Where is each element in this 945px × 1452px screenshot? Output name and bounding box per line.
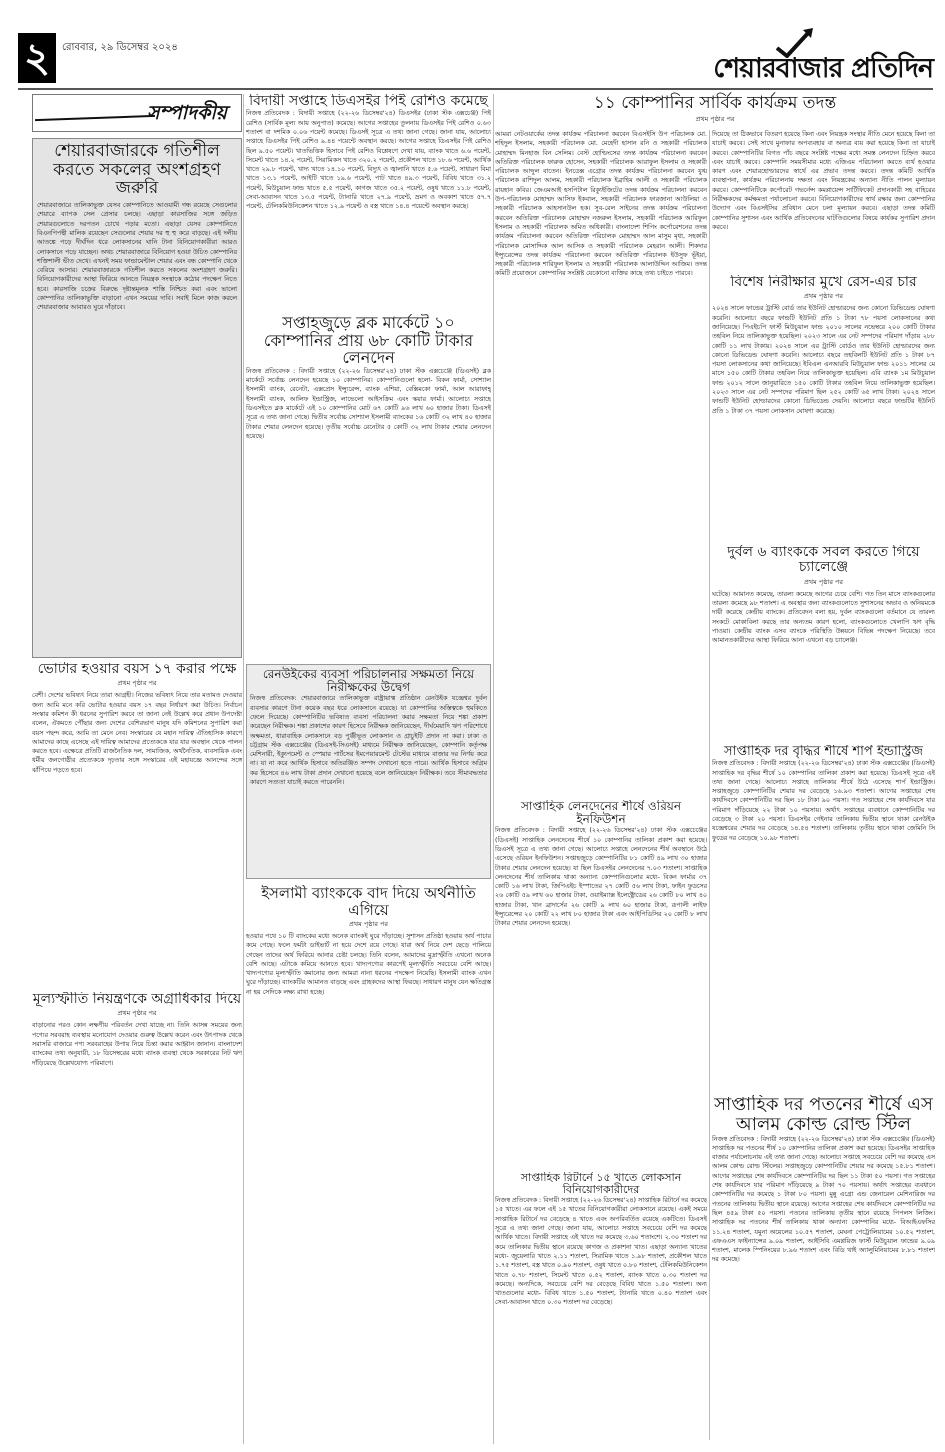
column-divider [243,94,244,1444]
column-center: বিদায়ী সপ্তাহে ডিএসইর পিই রেশিও কমেছে ন… [246,94,491,1425]
article-renwick: রেনউইকের ব্যবসা পরিচালনার সক্ষমতা নিয়ে … [246,664,491,879]
column-divider [493,94,494,1444]
article-headline: সাপ্তাহিক দর বৃদ্ধির শীর্ষে শার্প ইন্ডাস… [712,745,935,759]
masthead: ২ রোববার, ২৯ ডিসেম্বর ২০২৪ শেয়ারবাজার প… [0,0,945,92]
article-headline: মূল্যস্ফীতি নিয়ন্ত্রণকে অগ্রাধিকার দিয়… [32,992,242,1007]
column-left: সম্পাদকীয় শেয়ারবাজারকে গতিশীল করতে সকল… [32,94,242,1292]
article-headline: সপ্তাহজুড়ে ব্লক মার্কেটে ১০ কোম্পানির প… [246,314,491,367]
article-body: ঘটেছে। আমানত কমেছে, তারল্য কমেছে আগের চে… [712,590,935,646]
article-headline: সাপ্তাহিক রিটার্নে ১৫ খাতে লোকসান বিনিয়… [495,1172,707,1196]
right-column-stack: দিয়েছে তা ঠিকভাবে বিতরণ হয়েছে কিনা এবং… [712,130,935,1440]
article-kicker: প্রথম পৃষ্ঠার পর [495,114,935,125]
article-headline: রেনউইকের ব্যবসা পরিচালনার সক্ষমতা নিয়ে … [250,668,487,694]
article-kicker: প্রথম পৃষ্ঠার পর [32,678,242,689]
article-body: ২০২৪ সালে ফান্ডের ট্রাস্টি বোর্ড তার ইউন… [712,304,935,416]
article-body: নিজস্ব প্রতিবেদক : বিদায়ী সপ্তাহে (২২-২… [246,109,491,211]
article-body: নিজস্ব প্রতিবেদক : বিদায়ী সপ্তাহে (২২-২… [246,367,491,441]
article-weak-banks: দুর্বল ৬ ব্যাংককে সবল করতে গিয়ে চ্যালেঞ… [712,545,935,745]
editorial-label: সম্পাদকীয় [32,94,242,132]
article-kicker: প্রথম পৃষ্ঠার পর [712,577,935,588]
article-weekly-return: সাপ্তাহিক রিটার্নে ১৫ খাতে লোকসান বিনিয়… [495,1172,707,1447]
article-headline: বিশেষ নিরীক্ষার মুখে রেস-এর চার [712,275,935,290]
article-headline: ভোটার হওয়ার বয়স ১৭ করার পক্ষে [32,662,242,677]
article-body: নিজস্ব প্রতিবেদক : বিদায়ী সপ্তাহে (২২-২… [495,1196,707,1308]
editorial-box: শেয়ারবাজারকে গতিশীল করতে সকলের অংশগ্রহণ… [32,138,242,658]
article-headline: ইসলামী ব্যাংককে বাদ দিয়ে অর্থনীতি এগিয়… [246,885,491,918]
article-eleven-companies-right: দিয়েছে তা ঠিকভাবে বিতরণ হয়েছে কিনা এবং… [712,130,935,275]
article-kicker: প্রথম পৃষ্ঠার পর [246,919,491,930]
article-body: বেশী। দেশের ভবিষ্যৎ নিয়ে তারা আগ্রহী। ন… [32,691,242,775]
article-sharp-industries: সাপ্তাহিক দর বৃদ্ধির শীর্ষে শার্প ইন্ডাস… [712,745,935,1095]
editorial-swash [35,115,155,121]
brand-logo: শেয়ারবাজার প্রতিদিন [713,48,933,93]
editorial-body: শেয়ারবাজারে তালিকাভুক্ত যেসব কোম্পানিতে… [37,201,237,313]
article-s-alam: সাপ্তাহিক দর পতনের শীর্ষে এস আলম কোল্ড র… [712,1095,935,1440]
article-block-market: সপ্তাহজুড়ে ব্লক মার্কেটে ১০ কোম্পানির প… [246,314,491,664]
issue-date: রোববার, ২৯ ডিসেম্বর ২০২৪ [62,40,178,57]
article-body: নিজস্ব প্রতিবেদক : বিদায়ী সপ্তাহে (২২-২… [495,826,707,928]
column-right: ১১ কোম্পানির সার্বিক কার্যক্রম তদন্ত প্র… [495,94,935,127]
article-headline: দুর্বল ৬ ব্যাংককে সবল করতে গিয়ে চ্যালেঞ… [712,545,935,576]
article-race-four: বিশেষ নিরীক্ষার মুখে রেস-এর চার প্রথম পৃ… [712,275,935,545]
page-number: ২ [18,33,56,83]
article-body: নিজস্ব প্রতিবেদক : বিদায়ী সপ্তাহে (২২-২… [712,759,935,843]
article-headline: ১১ কোম্পানির সার্বিক কার্যক্রম তদন্ত [495,94,935,113]
article-headline: সাপ্তাহিক দর পতনের শীর্ষে এস আলম কোল্ড র… [712,1095,935,1135]
article-inflation: মূল্যস্ফীতি নিয়ন্ত্রণকে অগ্রাধিকার দিয়… [32,992,242,1292]
editorial-label-text: সম্পাদকীয় [147,99,227,131]
article-islami-bank: ইসলামী ব্যাংককে বাদ দিয়ে অর্থনীতি এগিয়… [246,885,491,1425]
article-body: হওয়ার পথে ১০ টি ব্যাংকের মধ্যে অনেক ব্য… [246,932,491,997]
article-kicker: প্রথম পৃষ্ঠার পর [32,1008,242,1019]
article-eleven-companies-left: আমরা নেটওয়ার্কের তদন্ত কার্যক্রম পরিচাল… [495,130,707,795]
article-voter-age: ভোটার হওয়ার বয়স ১৭ করার পক্ষে প্রথম পৃ… [32,662,242,992]
article-orion-infusion: সাপ্তাহিক লেনদেনের শীর্ষে ওরিয়ন ইনফিউশন… [495,800,707,1170]
column-divider [709,130,710,1440]
article-body: নিজস্ব প্রতিবেদক : বিদায়ী সপ্তাহে (২২-২… [712,1135,935,1265]
article-kicker: প্রথম পৃষ্ঠার পর [712,291,935,302]
article-headline: সাপ্তাহিক লেনদেনের শীর্ষে ওরিয়ন ইনফিউশন [495,800,707,826]
article-dse-pe: বিদায়ী সপ্তাহে ডিএসইর পিই রেশিও কমেছে ন… [246,94,491,314]
article-headline: বিদায়ী সপ্তাহে ডিএসইর পিই রেশিও কমেছে [246,94,491,109]
article-body: আমরা নেটওয়ার্কের তদন্ত কার্যক্রম পরিচাল… [495,130,707,279]
article-body: নিজস্ব প্রতিবেদক: শেয়ারবাজারে তালিকাভুক… [250,694,487,787]
masthead-rule [18,88,933,90]
article-body: বাড়ানোর পরও কোন লক্ষণীয় পরিবর্তন দেখা … [32,1021,242,1067]
editorial-headline: শেয়ারবাজারকে গতিশীল করতে সকলের অংশগ্রহণ… [37,142,237,198]
